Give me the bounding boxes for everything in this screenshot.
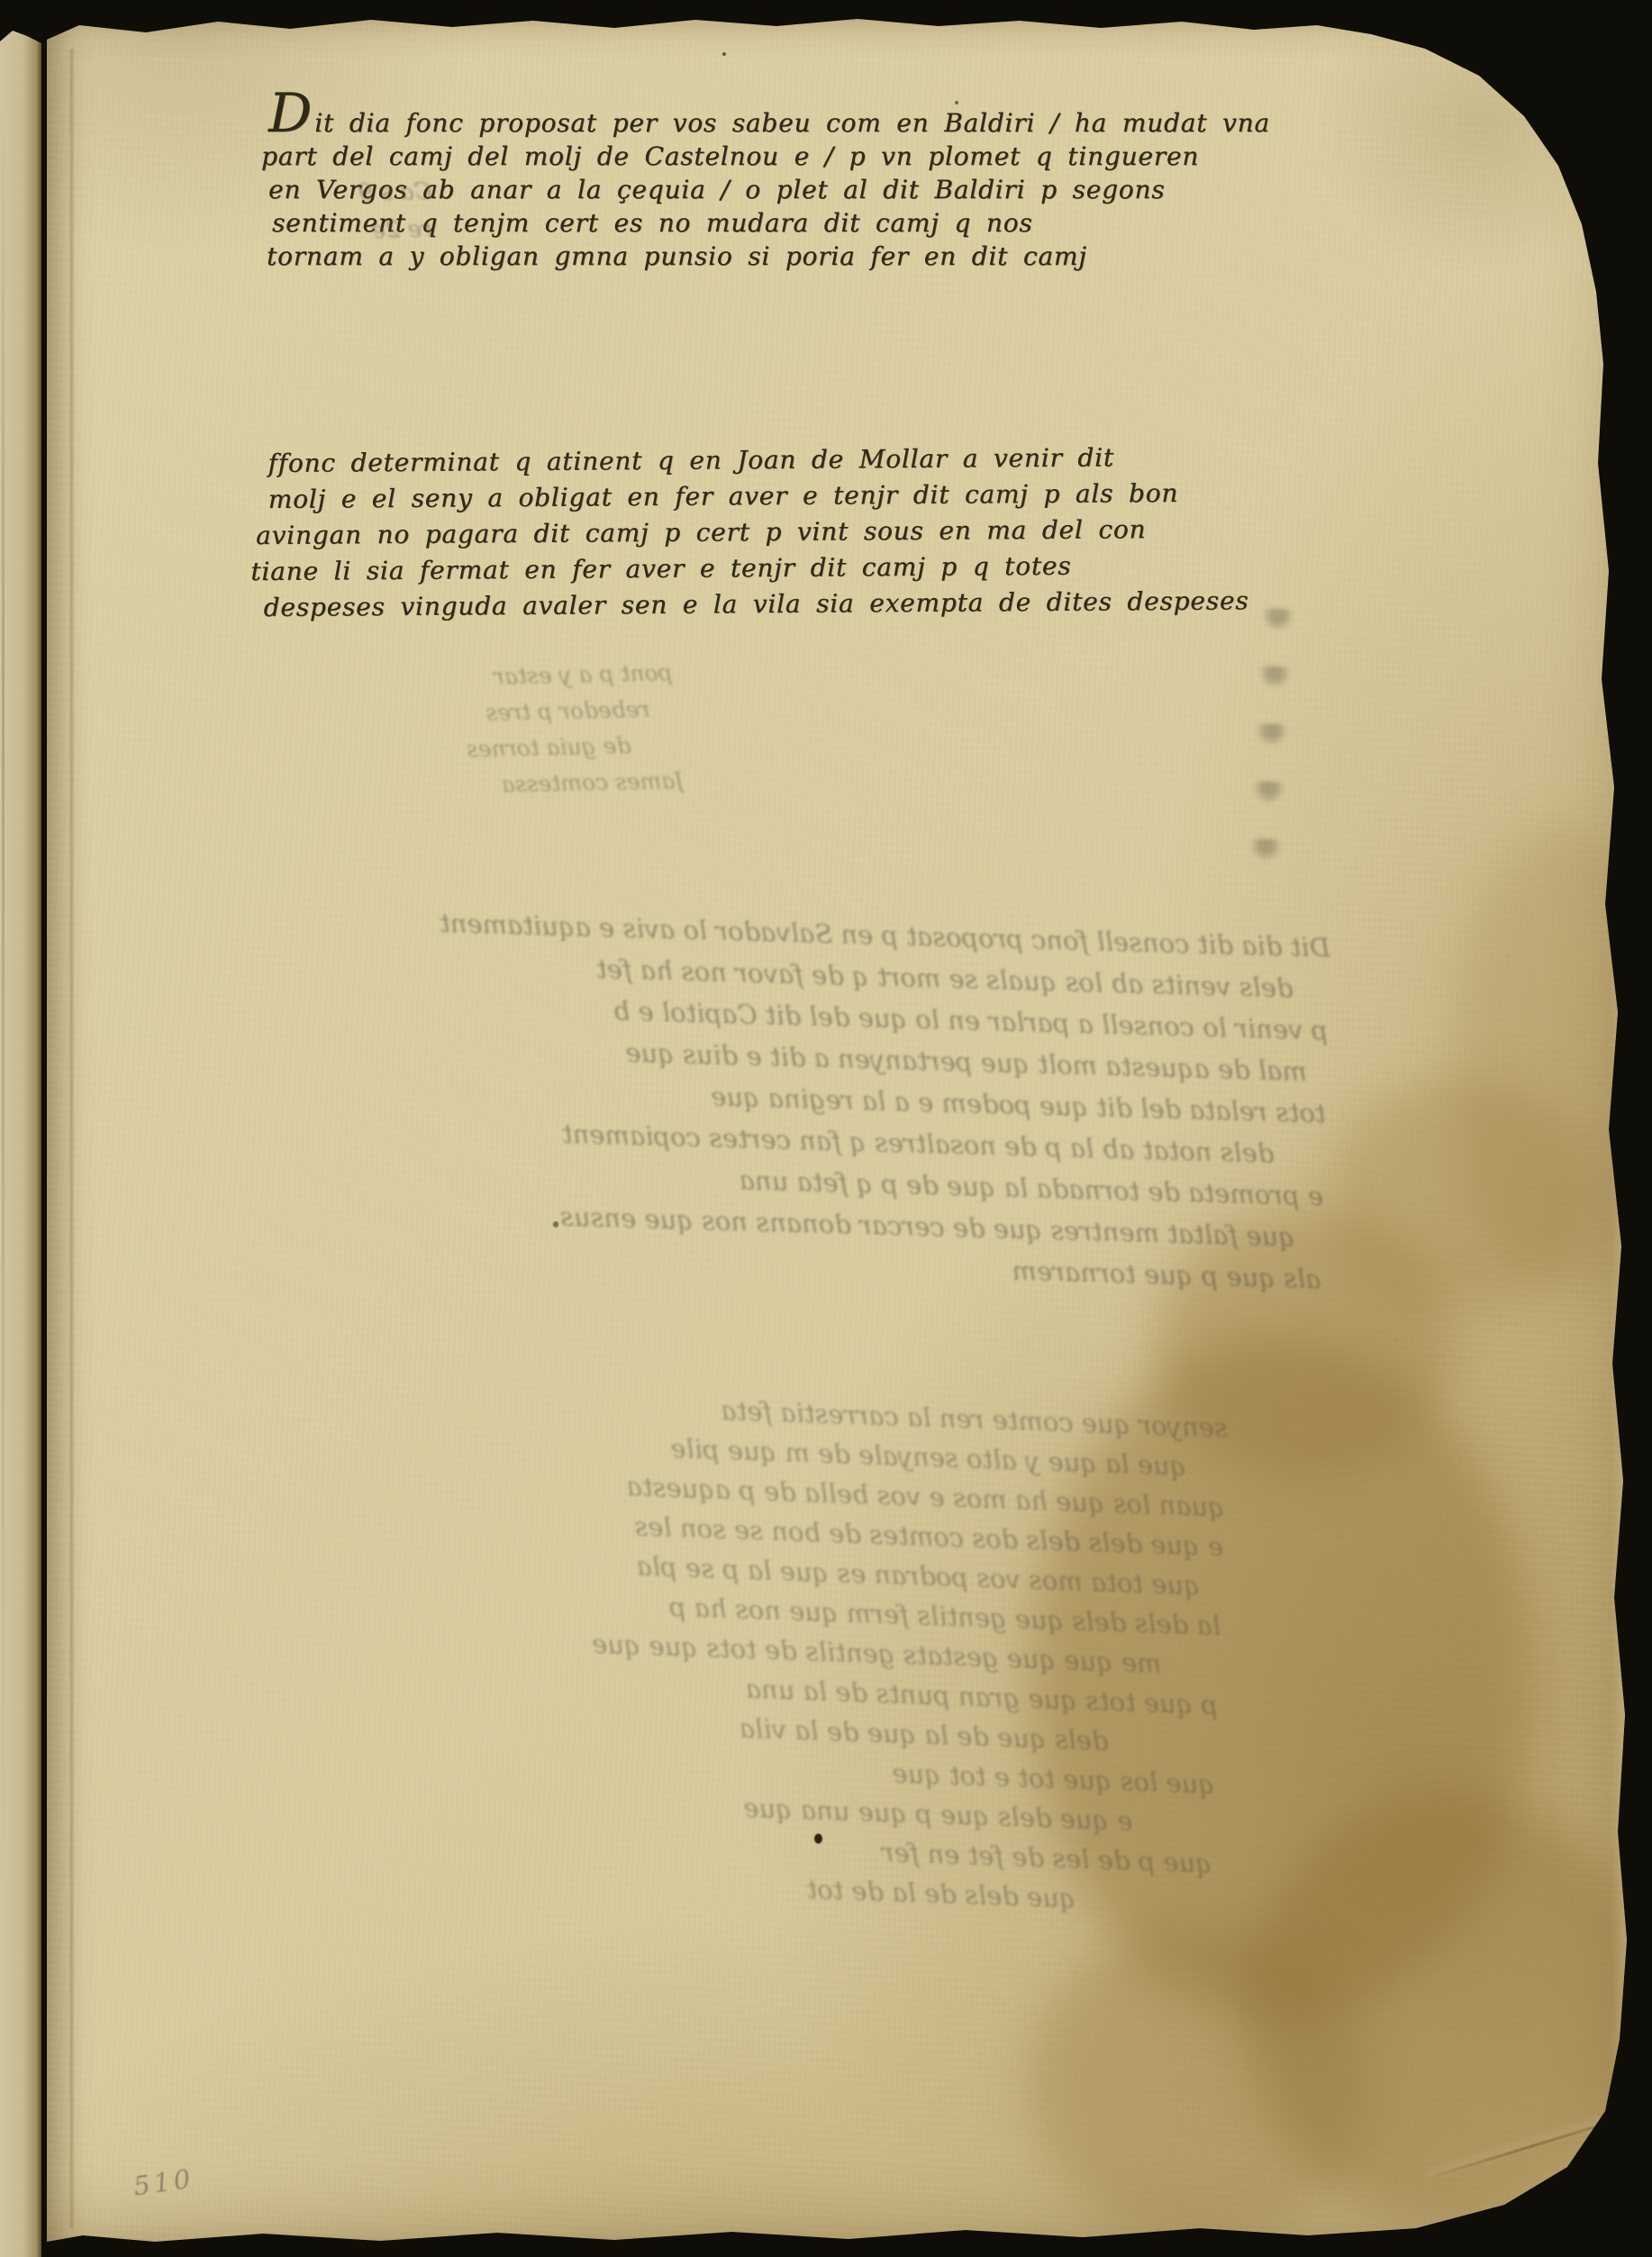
bleedthrough-text-a: pont p a y estarrebedor p tresde guia to… bbox=[294, 655, 676, 807]
gutter-crease bbox=[68, 49, 75, 2228]
manuscript-page: 519 Dit dia fonc proposat per vos sabeu … bbox=[47, 13, 1641, 2248]
manuscript-line: tiane li sia fermat en fer aver e tenjr … bbox=[250, 548, 1043, 590]
folio-number-bottom: 510 bbox=[132, 2162, 195, 2201]
bleedthrough-text-margin: Ca s 9re 2e bbox=[242, 173, 433, 253]
bleedthrough-line: Ca s 9 bbox=[242, 173, 432, 215]
bleedthrough-text-b: Dit dia dit consell fonc proposat p en S… bbox=[200, 896, 1330, 1301]
manuscript-line: avingan no pagara dit camj p cert p vint… bbox=[256, 512, 1043, 554]
manuscript-line: part del camj del molj de Castelnou e / … bbox=[261, 140, 964, 173]
manuscript-line: molj e el seny a obligat en fer aver e t… bbox=[268, 476, 1043, 518]
ink-speck bbox=[553, 1221, 558, 1228]
water-stain bbox=[1029, 1922, 1371, 2246]
manuscript-line: ffonc determinat q atinent q en Joan de … bbox=[268, 440, 1042, 482]
ink-speck bbox=[955, 101, 958, 104]
underlying-page-edge bbox=[0, 0, 41, 2257]
ink-speck bbox=[722, 52, 726, 56]
torn-edge-highlight bbox=[1611, 121, 1629, 2102]
manuscript-scan: 519 Dit dia fonc proposat per vos sabeu … bbox=[0, 0, 1652, 2257]
bleedthrough-line: James comtessa bbox=[296, 763, 685, 808]
bleedthrough-text-c: senyor que comte ren la carrestia fetaqu… bbox=[106, 1370, 1228, 1923]
manuscript-line: Dit dia fonc proposat per vos sabeu com … bbox=[268, 97, 964, 140]
ink-speck bbox=[814, 1834, 822, 1844]
ink-smudge-column bbox=[1243, 607, 1321, 889]
ink-paragraph-2: ffonc determinat q atinent q en Joan de … bbox=[268, 440, 1043, 626]
manuscript-line: despeses vinguda avaler sen e la vila si… bbox=[263, 585, 1043, 626]
folio-number-top: 519 bbox=[1518, 67, 1593, 114]
bleedthrough-line: re 2e bbox=[243, 211, 433, 253]
